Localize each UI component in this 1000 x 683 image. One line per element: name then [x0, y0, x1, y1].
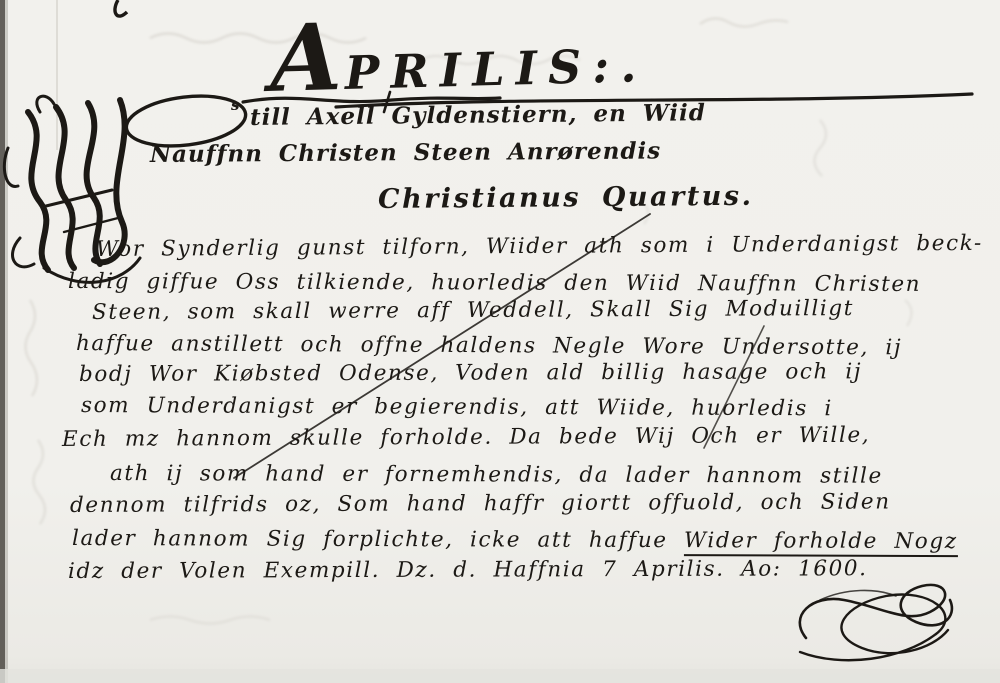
manuscript-page: APRILIS:. s till Axell Gyldenstiern, en … — [0, 0, 1000, 683]
page-bottom-shadow — [0, 669, 1000, 683]
line-text: idz der Volen Exempill. Dz. d. Haffnia 7… — [68, 556, 868, 584]
address-superscript: s — [231, 96, 239, 114]
salutation-line: Christianus Quartus. — [378, 181, 754, 215]
line-text: bodj Wor Kiøbsted Odense, Voden ald bill… — [79, 359, 862, 387]
paper-fold-line — [56, 0, 58, 150]
address-line-1: till Axell Gyldenstiern, en Wiid — [250, 99, 706, 131]
manuscript-line-8: ath ij som hand er fornemhendis, da lade… — [110, 461, 883, 489]
manuscript-line-5: bodj Wor Kiøbsted Odense, Voden ald bill… — [79, 359, 862, 387]
line-text: Steen, som skall werre aff Weddell, Skal… — [92, 296, 854, 325]
manuscript-line-3: Steen, som skall werre aff Weddell, Skal… — [92, 296, 854, 325]
manuscript-line-10: lader hannom Sig forplichte, icke att ha… — [72, 526, 958, 554]
line-text: ath ij som hand er fornemhendis, da lade… — [110, 461, 883, 489]
manuscript-line-9: dennom tilfrids oz, Som hand haffr giort… — [70, 489, 891, 518]
line-text: haffue anstillett och offne haldens Negl… — [76, 331, 902, 360]
manuscript-line-6: som Underdanigst er begierendis, att Wii… — [81, 393, 833, 421]
line-text: Ech mz hannom skulle forholde. Da bede W… — [62, 423, 870, 452]
manuscript-line-7: Ech mz hannom skulle forholde. Da bede W… — [62, 423, 870, 452]
line-text: ladig giffue Oss tilkiende, huorledis de… — [68, 269, 921, 297]
line-text: som Underdanigst er begierendis, att Wii… — [81, 393, 833, 421]
address-line-2: Nauffnn Christen Steen Anrørendis — [150, 137, 661, 168]
manuscript-line-4: haffue anstillett och offne haldens Negl… — [76, 331, 902, 360]
manuscript-line-11-dateline: idz der Volen Exempill. Dz. d. Haffnia 7… — [68, 556, 868, 584]
manuscript-line-2: ladig giffue Oss tilkiende, huorledis de… — [68, 269, 921, 297]
line-text: Wor Synderlig gunst tilforn, Wiider ath … — [96, 231, 983, 262]
line-text: dennom tilfrids oz, Som hand haffr giort… — [70, 489, 891, 518]
manuscript-line-1: Wor Synderlig gunst tilforn, Wiider ath … — [96, 231, 983, 262]
page-binding-edge-shadow — [5, 0, 8, 683]
underlined-phrase: Wider forholde Nogz — [684, 528, 958, 557]
month-heading: APRILIS:. — [269, 0, 649, 113]
topedge-cutoff-stroke — [115, 0, 127, 16]
closing-paraph-flourish — [800, 585, 952, 660]
line-text: lader hannom Sig forplichte, icke att ha… — [72, 526, 684, 553]
